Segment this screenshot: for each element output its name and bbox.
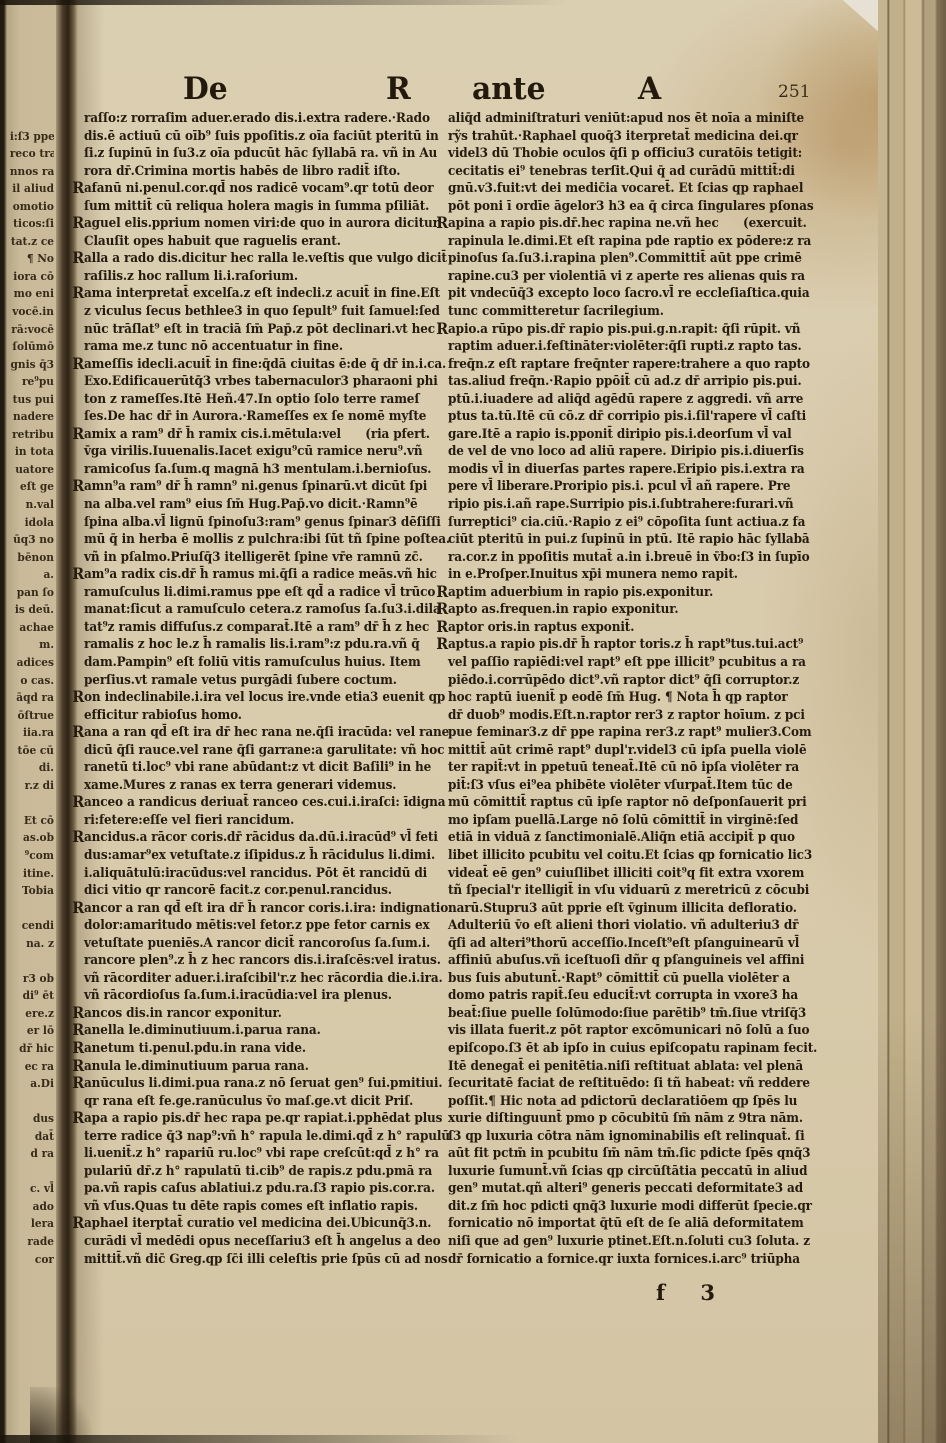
page: De R ante A 251 raſſo:z rorraſim aduer.e…	[78, 0, 878, 1443]
text-line: beat̄:ſiue puelle ſolūmodo:ſiue parētib⁹…	[448, 1005, 831, 1023]
text-line: videat̄ eē gen⁹ cuiuſlibet illiciti coit…	[448, 865, 831, 883]
text-line: v̄ga virilis.Iuuenalis.Iacet exigu⁹cū ra…	[84, 443, 446, 461]
margin-fragment-line	[10, 110, 54, 128]
text-line: dis.ē actiuū cū oīb⁹ ſuis ppoſitis.z oīa…	[84, 128, 446, 146]
text-line: vñ vſus.Quas tu dēte rapis comes eſt inf…	[84, 1198, 446, 1216]
text-line: Raptus.a rapio pis.dr̄ h̄ raptor toris.z…	[448, 636, 831, 654]
text-line: Raphael iterptat̄ curatio vel medicina d…	[84, 1215, 446, 1233]
text-line: ſecuritatē faciat de reſtituēdo: ſi tñ h…	[448, 1075, 831, 1093]
text-line: dicū q̄ſi rauce.vel rane q̄ſi garrane:a …	[84, 742, 446, 760]
text-line: dici vitio qr rancorē facit.z cor.penul.…	[84, 882, 446, 900]
text-line: gare.Itē a rapio is.pponit̄ diripio pis.…	[448, 426, 831, 444]
text-line: Ralla a rado dis.dicitur hec ralla le.ve…	[84, 250, 446, 268]
text-line: ſ3 qp luxuria cōtra nām ignominabilis eſ…	[448, 1128, 831, 1146]
text-line: raſilis.z hoc rallum li.i.raſorium.	[84, 268, 446, 286]
text-line: ptū.i.iuadere ad aliq̄d agēdū rapere z a…	[448, 391, 831, 409]
margin-fragment-line: āqd ra	[10, 689, 54, 707]
text-line: luxurie ſumunt̄.vñ ſcias qp circūſtātia …	[448, 1163, 831, 1181]
text-line: Ram⁹a radix cis.dr̄ h̄ ramus mi.q̄ſi a r…	[84, 566, 446, 584]
text-line: ſes.De hac dr̄ in Aurora.·Rameſſes ex ſe…	[84, 408, 446, 426]
text-line: manat:ſicut a ramuſculo cetera.z ramoſus…	[84, 601, 446, 619]
margin-fragment-line: nnos ra	[10, 163, 54, 181]
margin-fragment-line: n.val	[10, 496, 54, 514]
text-line: narū.Stupru3 aūt pprie eſt v̄ginum illic…	[448, 900, 831, 918]
margin-fragment-line: is deū.	[10, 601, 54, 619]
header-letter-r: R	[386, 72, 411, 106]
text-line: Ranūculus li.dimi.pua rana.z nō ſeruat g…	[84, 1075, 446, 1093]
entry-initial: R	[72, 793, 84, 811]
entry-initial: R	[436, 635, 448, 653]
text-line: Ranetum ti.penul.pdu.in rana vide.	[84, 1040, 446, 1058]
text-line: mittit̄ aūt crimē rapt⁹ dupl'r.videl3 cū…	[448, 742, 831, 760]
text-line: in e.Proſper.Inuitus xp̄i munera nemo ra…	[448, 566, 831, 584]
margin-fragment-line: ec ra	[10, 1058, 54, 1076]
header-letter-a: A	[638, 72, 661, 106]
text-line: pere vl̄ liberare.Proripio pis.i. pcul v…	[448, 478, 831, 496]
text-line: mū cōmittit̄ raptus cū ipſe raptor nō de…	[448, 794, 831, 812]
text-line: Rama interpretat̄ excelſa.z eſt indecli.…	[84, 285, 446, 303]
margin-fragment-line: re⁹pu	[10, 373, 54, 391]
text-line: pulariū dr̄.z h° rapulatū ti.cib⁹ de rap…	[84, 1163, 446, 1181]
text-line: ſi.z ſupinū in ſu3.z oīa pducūt hāc ſyll…	[84, 145, 446, 163]
text-line: pue feminar3.z dr̄ ppe rapina rer3.z rap…	[448, 724, 831, 742]
text-line: na alba.vel ram⁹ eius ſm̄ Hug.Pap̄.vo di…	[84, 496, 446, 514]
text-line: Rancor a ran qd̄ eſt ira dr̄ h̄ rancor c…	[84, 900, 446, 918]
text-line: pōt poni ī ordīe āgelor3 h3 ea q̄ circa …	[448, 198, 831, 216]
text-line: pit vndecūq̄3 excepto loco ſacro.vl̄ re …	[448, 285, 831, 303]
entry-initial: R	[72, 284, 84, 302]
entry-initial: R	[72, 1109, 84, 1127]
facing-page-edge: i:ſ3 ppereco trannos rail aliudomotiotic…	[0, 0, 56, 1443]
text-line: dus:amar⁹ex vetuſtate.z iſipidus.z h̄ rā…	[84, 847, 446, 865]
text-line: perſius.vt ramale vetus purgādi ſubere c…	[84, 672, 446, 690]
entry-initial: R	[72, 249, 84, 267]
margin-fragment-line: vocē.in	[10, 303, 54, 321]
header-word-de: De	[183, 72, 228, 106]
text-line: ciūt pteritū in pui.z ſupinū in ptū. Itē…	[448, 531, 831, 549]
margin-fragment-line	[10, 900, 54, 918]
text-line: dam.Pampin⁹ eſt foliū vitis ramuſculus h…	[84, 654, 446, 672]
margin-fragment-line	[10, 1163, 54, 1181]
signature-mark: f 3	[656, 1280, 729, 1305]
text-line: ton z rameſſes.Itē Heñ.47.In optio ſolo …	[84, 391, 446, 409]
margin-fragment-line	[10, 1093, 54, 1111]
margin-fragment-line: di.	[10, 759, 54, 777]
text-line: ramalis z hoc le.z h̄ ramalis lis.i.ram⁹…	[84, 636, 446, 654]
margin-fragment-line: eſt ge	[10, 478, 54, 496]
margin-fragment-line: i:ſ3 ppe	[10, 128, 54, 146]
entry-initial: R	[72, 899, 84, 917]
text-line: ri:fetere:eſſe vel fieri rancidum.	[84, 812, 446, 830]
margin-fragment-line: d ra	[10, 1145, 54, 1163]
text-line: aūt fit pctm̄ in pcubitu ſm̄ nām tm̄.ſic…	[448, 1145, 831, 1163]
margin-fragment-line: Et cō	[10, 812, 54, 830]
margin-fragment-line: as.ob	[10, 829, 54, 847]
margin-fragment-line: cendi	[10, 917, 54, 935]
text-line: aliq̄d adminiſtraturi veniūt:apud nos ēt…	[448, 110, 831, 128]
margin-fragment-line: o cas.	[10, 672, 54, 690]
header-word-ante: ante	[472, 72, 546, 106]
text-line: Raptor oris.in raptus exponit̄.	[448, 619, 831, 637]
text-line: xame.Mures z ranas ex terra generari vid…	[84, 777, 446, 795]
margin-fragment-line: dat̄	[10, 1128, 54, 1146]
text-line: freq̄n.z eſt raptare freq̄nter rapere:tr…	[448, 356, 831, 374]
text-line: Rancos dis.in rancor exponitur.	[84, 1005, 446, 1023]
text-line: vñ in pſalmo.Priuſq̄3 itelligerēt ſpine …	[84, 549, 446, 567]
text-line: bus ſuis abutunt̄.·Rapt⁹ cōmittit̄ cū pu…	[448, 970, 831, 988]
text-line: raptim aduer.i.feſtināter:violēter:q̄ſi …	[448, 338, 831, 356]
text-line: Rapa a rapio pis.dr̄ hec rapa pe.qr rapi…	[84, 1110, 446, 1128]
entry-initial: R	[72, 1214, 84, 1232]
text-line: dr̄ fornicatio a fornice.qr iuxta fornic…	[448, 1251, 831, 1269]
text-line: Ranella le.diminutiuum.i.parua rana.	[84, 1022, 446, 1040]
text-line: Rapina a rapio pis.dr̄.hec rapina ne.vñ …	[448, 215, 831, 233]
margin-fragment-line: idola	[10, 514, 54, 532]
text-line: niſi que ad gen⁹ luxurie ptinet.Eſt.n.ſo…	[448, 1233, 831, 1251]
text-line: gnū.v3.fuit:vt dei medic̄ia vocaret̄. Et…	[448, 180, 831, 198]
text-column-left: raſſo:z rorraſim aduer.erado dis.i.extra…	[84, 110, 446, 1268]
margin-fragment-line: a.	[10, 566, 54, 584]
text-line: affiniū abuſus.vñ iceſtuoſi dñr q pſangu…	[448, 952, 831, 970]
entry-initial: R	[72, 688, 84, 706]
entry-initial: R	[72, 828, 84, 846]
margin-fragment-line: itine.	[10, 865, 54, 883]
text-line: terre radice q̄3 nap⁹:vñ h° rapula le.di…	[84, 1128, 446, 1146]
text-line: Itē denegat̄ ei penitētia.niſi reſtituat…	[448, 1058, 831, 1076]
entry-initial: R	[72, 425, 84, 443]
text-line: vel paſſio rapiēdi:vel rapt⁹ eſt ppe ill…	[448, 654, 831, 672]
text-line: rancore plen⁹.z h̄ z hec rancors dis.i.i…	[84, 952, 446, 970]
text-line: Raguel elis.pprium nomen viri:de quo in …	[84, 215, 446, 233]
text-line: gen⁹ mutat.qñ alteri⁹ generis peccati de…	[448, 1180, 831, 1198]
text-line: cecitatis ei⁹ tenebras terſit.Qui q̄ ad …	[448, 163, 831, 181]
entry-initial: R	[436, 618, 448, 636]
text-line: ra.cor.z in ppoſitis mutat̄ a.in i.breuē…	[448, 549, 831, 567]
margin-fragment-line: in tota	[10, 443, 54, 461]
text-line: efficitur rabioſus homo.	[84, 707, 446, 725]
margin-fragment-line: il aliud	[10, 180, 54, 198]
margin-fragment-line: dus	[10, 1110, 54, 1128]
margin-fragment-line: mo eni	[10, 285, 54, 303]
margin-fragment-line: adices	[10, 654, 54, 672]
margin-fragment-line: ado	[10, 1198, 54, 1216]
margin-fragment-line: ōſtrue	[10, 707, 54, 725]
text-line: ramicoſus ſa.ſum.q magnā h3 mentulam.i.b…	[84, 461, 446, 479]
margin-fragment-line	[10, 952, 54, 970]
text-line: Ramn⁹a ram⁹ dr̄ h̄ ramn⁹ ni.genus ſpinar…	[84, 478, 446, 496]
text-line: Raptim aduerbium in rapio pis.exponitur.	[448, 584, 831, 602]
margin-fragment-line: ticos:ſi	[10, 215, 54, 233]
text-line: mittit̄.vñ dic̄ Greg.qp ſc̄i illi celeſt…	[84, 1251, 446, 1269]
entry-initial: R	[72, 1074, 84, 1092]
text-line: dolor:amaritudo mētis:vel fetor.z ppe fe…	[84, 917, 446, 935]
text-line: xurie diſtinguunt̄ pmo p cōcubitū ſm̄ nā…	[448, 1110, 831, 1128]
margin-fragment-line: retribu	[10, 426, 54, 444]
text-line: z viculus ſecus bethlee3 in quo ſepult⁹ …	[84, 303, 446, 321]
text-line: tat⁹z ramis diffuſus.z comparat̄.Itē a r…	[84, 619, 446, 637]
text-line: dit.z ſm̄ hoc pdicti qnq̄3 luxurie modi …	[448, 1198, 831, 1216]
margin-fragment-line: Tobia	[10, 882, 54, 900]
entry-initial: R	[72, 723, 84, 741]
margin-fragment-line: iora cō	[10, 268, 54, 286]
text-line: Adulteriū v̄o eſt alieni thori violatio.…	[448, 917, 831, 935]
margin-fragment-line: rā:vocē	[10, 321, 54, 339]
text-line: piēdo.i.corrūpēdo dict⁹.vñ raptor dict⁹ …	[448, 672, 831, 690]
margin-fragment-line: dr̄ hic	[10, 1040, 54, 1058]
text-line: de vel de vno loco ad aliū rapere. Dirip…	[448, 443, 831, 461]
margin-fragment-line: c. vl̄	[10, 1180, 54, 1198]
text-line: ramuſculus li.dimi.ramus ppe eſt qd̄ a r…	[84, 584, 446, 602]
text-line: videl3 dū Thobie oculos q̄ſi p officiu3 …	[448, 145, 831, 163]
entry-initial: R	[72, 477, 84, 495]
margin-fragment-line: bēnon	[10, 549, 54, 567]
margin-fragment-line: di⁹ ēt	[10, 987, 54, 1005]
text-line: rapinula le.dimi.Et eſt rapina pde rapti…	[448, 233, 831, 251]
text-line: i.aliquātulū:iracūdus:vel rancidus. Pōt …	[84, 865, 446, 883]
margin-fragment-line: tōe cū	[10, 742, 54, 760]
text-line: Rancidus.a rācor coris.dr̄ rācidus da.dū…	[84, 829, 446, 847]
text-line: vis illata fuerit.z pōt raptor excōmunic…	[448, 1022, 831, 1040]
entry-initial: R	[72, 565, 84, 583]
margin-fragments: i:ſ3 ppereco trannos rail aliudomotiotic…	[10, 110, 54, 1268]
text-line: rama me.z tunc nō accentuatur in fine.	[84, 338, 446, 356]
text-line: Ranceo a randicus deriuat̄ ranceo ces.cu…	[84, 794, 446, 812]
text-line: ſurreptici⁹ cia.ciū.·Rapio z ei⁹ cōpoſit…	[448, 514, 831, 532]
margin-fragment-line: r3 ob	[10, 970, 54, 988]
entry-initial: R	[436, 214, 448, 232]
book-scan: i:ſ3 ppereco trannos rail aliudomotiotic…	[0, 0, 946, 1443]
margin-fragment-line: ūq3 no	[10, 531, 54, 549]
text-line: ſpina alba.vl̄ lignū ſpinoſu3:ram⁹ genus…	[84, 514, 446, 532]
text-line: Ranula le.diminutiuum parua rana.	[84, 1058, 446, 1076]
text-line: tas.aliud freq̄n.·Rapio ppōit̄ cū ad.z d…	[448, 373, 831, 391]
margin-fragment-line: ⁹com	[10, 847, 54, 865]
entry-initial: R	[72, 1021, 84, 1039]
entry-initial: R	[72, 1039, 84, 1057]
margin-fragment-line: lera	[10, 1215, 54, 1233]
text-line: tñ ſpecial'r itelligit̄ in vſu viduarū z…	[448, 882, 831, 900]
text-line: pit̄:ſ3 vſus ei⁹ea phibēte violēter vſur…	[448, 777, 831, 795]
text-line: pa.vñ rapis caſus ablatiui.z pdu.ra.ſ3 r…	[84, 1180, 446, 1198]
text-line: fornicatio nō importat q̄tū eſt de ſe al…	[448, 1215, 831, 1233]
text-line: ranetū ti.loc⁹ vbi rane abūdant:z vt dic…	[84, 759, 446, 777]
text-line: tunc committeretur ſacrilegium.	[448, 303, 831, 321]
entry-initial: R	[72, 179, 84, 197]
text-line: li.uenit̄.z h° rapariū ru.loc⁹ vbi rape …	[84, 1145, 446, 1163]
text-line: Rapto as.frequen.in rapio exponitur.	[448, 601, 831, 619]
text-line: qr rana eſt fe.ge.ranūculus v̄o maſ.ge.v…	[84, 1093, 446, 1111]
text-line: Ron indeclinabile.i.ira vel locus ire.vn…	[84, 689, 446, 707]
text-line: rapine.cu3 per violentiā vi z aperte res…	[448, 268, 831, 286]
text-line: ripio pis.i.añ rape.Surripio pis.i.ſubtr…	[448, 496, 831, 514]
text-line: Exo.Edificauerūtq̄3 vrbes tabernaculor3 …	[84, 373, 446, 391]
bottom-left-shadow	[30, 1387, 100, 1443]
entry-initial: R	[72, 1057, 84, 1075]
margin-fragment-line: nadere	[10, 408, 54, 426]
text-line: ter rapit̄:vt in ppetuū teneat̄.Itē cū n…	[448, 759, 831, 777]
margin-fragment-line: ſolūmō	[10, 338, 54, 356]
margin-fragment-line: ere.z	[10, 1005, 54, 1023]
text-line: epiſcopo.ſ3 ēt ab ipſo in cuius epiſcopa…	[448, 1040, 831, 1058]
margin-fragment-line: er lō	[10, 1022, 54, 1040]
text-line: mū q̄ in herba ē mollis z pulchra:ibi ſū…	[84, 531, 446, 549]
margin-fragment-line: na. z	[10, 935, 54, 953]
margin-fragment-line: rade	[10, 1233, 54, 1251]
text-line: Rameſſis idecli.acuit̄ in fine:q̄dā ciui…	[84, 356, 446, 374]
text-line: modis vl̄ in diuerſas partes rapere.Erip…	[448, 461, 831, 479]
text-line: ptus ta.tū.Itē cū cō.z dr̄ corripio pis.…	[448, 408, 831, 426]
margin-fragment-line: ¶ No	[10, 250, 54, 268]
text-line: rora dr̄.Crimina mortis habēs de libro r…	[84, 163, 446, 181]
text-line: nūc trāſlat⁹ eſt in traciā ſm̄ Pap̄.z pō…	[84, 321, 446, 339]
margin-fragment-line: a.Di	[10, 1075, 54, 1093]
margin-fragment-line: achae	[10, 619, 54, 637]
text-line: Rapio.a rūpo pis.dr̄ rapio pis.pui.g.n.r…	[448, 321, 831, 339]
text-column-right: aliq̄d adminiſtraturi veniūt:apud nos ēt…	[448, 110, 831, 1268]
margin-fragment-line: r.z di	[10, 777, 54, 795]
text-line: vetuſtate pueniēs.A rancor dicit̄ rancor…	[84, 935, 446, 953]
margin-fragment-line: tus pui	[10, 391, 54, 409]
text-line: Rana a ran qd̄ eſt ira dr̄ hec rana ne.q…	[84, 724, 446, 742]
text-line: rỹs trahūt.·Raphael quoq̄3 iterpretat̄ m…	[448, 128, 831, 146]
margin-fragment-line: uatore	[10, 461, 54, 479]
text-line: q̄ſi ad alteri⁹thorū acceſſio.Inceſt⁹eſt…	[448, 935, 831, 953]
text-line: Ramix a ram⁹ dr̄ h̄ ramix cis.i.mētula:v…	[84, 426, 446, 444]
text-line: domo patris rapit̄.ſeu educit̄:vt corrup…	[448, 987, 831, 1005]
margin-fragment-line: gnis q̄3	[10, 356, 54, 374]
text-line: Clauſit opes habuit que raguelis erant.	[84, 233, 446, 251]
margin-fragment-line: cor	[10, 1251, 54, 1269]
margin-fragment-line: m.	[10, 636, 54, 654]
text-line: curādi vl̄ medēdi opus neceſſariu3 eſt h…	[84, 1233, 446, 1251]
margin-fragment-line	[10, 794, 54, 812]
text-line: Rafanū ni.penul.cor.qd̄ nos radicē vocam…	[84, 180, 446, 198]
text-line: pinoſus ſa.ſu3.i.rapina plen⁹.Committit̄…	[448, 250, 831, 268]
margin-fragment-line: reco tra	[10, 145, 54, 163]
margin-fragment-line: omotio	[10, 198, 54, 216]
entry-initial: R	[436, 320, 448, 338]
text-line: libet illicito pcubitu vel coitu.Et ſcia…	[448, 847, 831, 865]
margin-fragment-line: tat.z ce	[10, 233, 54, 251]
entry-initial: R	[72, 1004, 84, 1022]
entry-initial: R	[436, 600, 448, 618]
text-line: poſſit.¶ Hic nota ad pdictorū declaratiō…	[448, 1093, 831, 1111]
entry-initial: R	[72, 355, 84, 373]
text-line: raſſo:z rorraſim aduer.erado dis.i.extra…	[84, 110, 446, 128]
text-line: hoc raptū iuenit̄ p eodē ſm̄ Hug. ¶ Nota…	[448, 689, 831, 707]
text-line: ſum mittit̄ cū reliqua holera magis in ſ…	[84, 198, 446, 216]
margin-fragment-line: iia.ra	[10, 724, 54, 742]
text-line: vñ rācordioſus ſa.ſum.i.iracūdia:vel ira…	[84, 987, 446, 1005]
text-line: etiā in viduā z ſanctimonialē.Aliq̄n eti…	[448, 829, 831, 847]
text-line: vñ rācorditer aduer.i.iraſcibil'r.z hec …	[84, 970, 446, 988]
entry-initial: R	[72, 214, 84, 232]
fore-edge	[878, 0, 946, 1443]
margin-fragment-line: pan ſo	[10, 584, 54, 602]
text-line: dr̄ duob⁹ modis.Eſt.n.raptor rer3 z rapt…	[448, 707, 831, 725]
text-line: mo ipſam puellā.Large nō ſolū cōmittit̄ …	[448, 812, 831, 830]
entry-initial: R	[436, 583, 448, 601]
